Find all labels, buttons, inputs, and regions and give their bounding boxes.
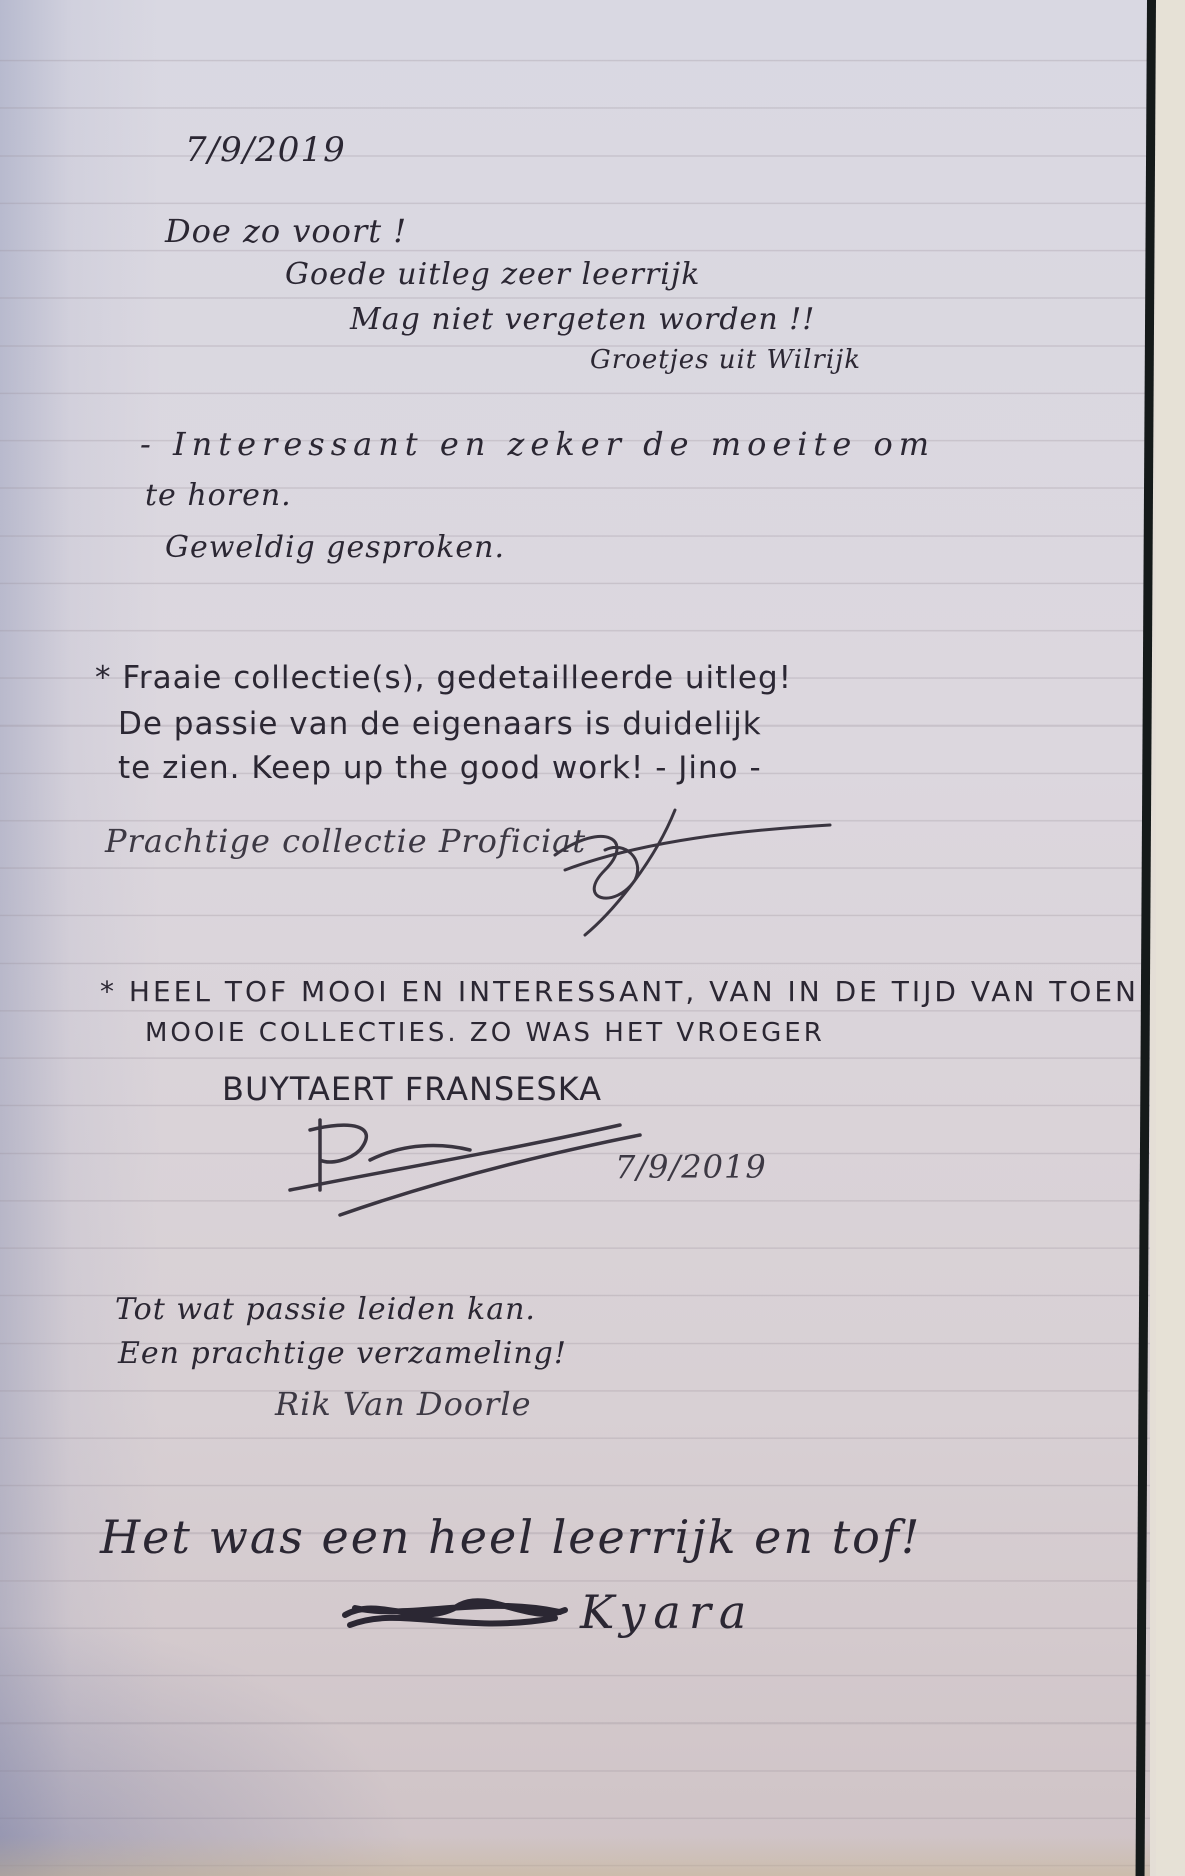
- entry-name: Rik Van Doorle: [275, 1385, 532, 1423]
- entry-line: Een prachtige verzameling!: [118, 1336, 567, 1371]
- entry-signoff: Groetjes uit Wilrijk: [590, 345, 861, 375]
- page-bottom-shadow: [0, 1836, 1150, 1876]
- entry-line: * Fraaie collectie(s), gedetailleerde ui…: [95, 660, 792, 696]
- entry-line: Goede uitleg zeer leerrijk: [285, 257, 700, 292]
- entry-line: De passie van de eigenaars is duidelijk: [118, 706, 762, 742]
- entry-line: Het was een heel leerrijk en tof!: [100, 1510, 921, 1564]
- entry-line: * Heel tof mooi en interessant, van in d…: [100, 975, 1139, 1008]
- entry-line: Mag niet vergeten worden !!: [350, 302, 815, 337]
- facing-page-edge: [1156, 0, 1185, 1876]
- entry-name: Kyara: [580, 1585, 754, 1639]
- entry-line: Tot wat passie leiden kan.: [115, 1292, 536, 1327]
- entry-name: Buytaert Franseska: [222, 1070, 602, 1108]
- entry-line: te zien. Keep up the good work! - Jino -: [118, 750, 762, 786]
- signature-scribble: [545, 800, 845, 945]
- signature-scribble: [290, 1110, 650, 1225]
- entry-line: Prachtige collectie Proficiat: [105, 822, 586, 860]
- entry-line: - Interessant en zeker de moeite om: [140, 425, 935, 463]
- crossed-out-scribble: [340, 1580, 570, 1655]
- entry-line: te horen.: [145, 478, 292, 513]
- entry-date: 7/9/2019: [615, 1148, 767, 1186]
- entry-line: Mooie collecties. Zo was het vroeger: [145, 1018, 825, 1048]
- entry-line: Geweldig gesproken.: [165, 530, 505, 565]
- entry-date: 7/9/2019: [185, 130, 346, 170]
- entry-line: Doe zo voort !: [165, 212, 407, 250]
